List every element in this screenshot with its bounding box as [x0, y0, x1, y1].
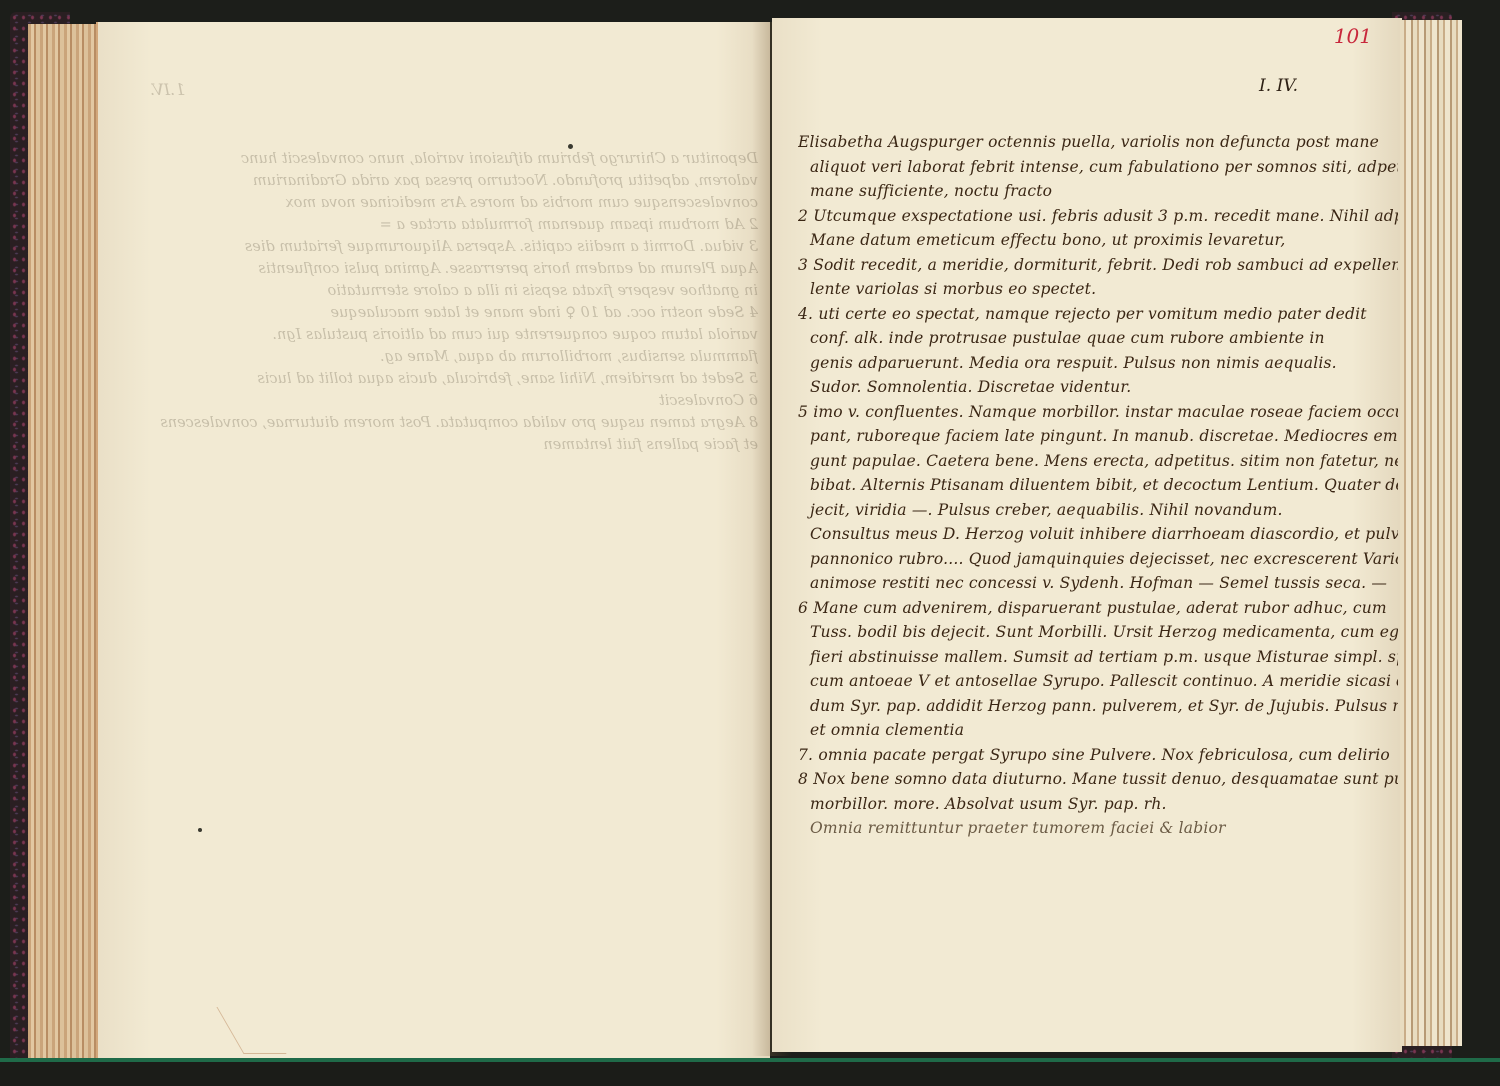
text-line: genis adparuerunt. Media ora respuit. Pu… — [798, 351, 1398, 376]
bleed-line: Aqua Plenum ad eandem horis pererrasse. … — [118, 258, 758, 280]
manuscript-text: Elisabetha Augspurger octennis puella, v… — [798, 130, 1398, 841]
text-line: Elisabetha Augspurger octennis puella, v… — [798, 130, 1398, 155]
text-line: dum Syr. pap. addidit Herzog pann. pulve… — [798, 694, 1398, 719]
text-line: Sudor. Somnolentia. Discretae videntur. — [798, 375, 1398, 400]
bleed-line: convalescensque cum morbis ad mores Ars … — [118, 192, 758, 214]
right-page: 101 I. IV. Elisabetha Augspurger octenni… — [772, 18, 1402, 1052]
text-line: 6 Mane cum advenirem, disparuerant pustu… — [798, 596, 1398, 621]
bleed-line: in gnathoe vespere fixata sepsis in illa… — [118, 280, 758, 302]
text-line: 5 imo v. confluentes. Namque morbillor. … — [798, 400, 1398, 425]
page-edges-right — [1400, 20, 1462, 1046]
bleed-line: 6 Convalescit — [118, 390, 758, 412]
shelfmark: I. IV. — [1259, 76, 1298, 96]
text-line: et omnia clementia — [798, 718, 1398, 743]
scan-background-strip — [0, 1058, 1500, 1086]
text-line: Tuss. bodil bis dejecit. Sunt Morbilli. … — [798, 620, 1398, 645]
text-line: 2 Utcumque exspectatione usi. febris adu… — [798, 204, 1398, 229]
bleed-line: et facie pallens fuit lentamen — [118, 434, 758, 456]
text-line: jecit, viridia —. Pulsus creber, aequabi… — [798, 498, 1398, 523]
text-line: Mane datum emeticum effectu bono, ut pro… — [798, 228, 1398, 253]
text-line: Consultus meus D. Herzog voluit inhibere… — [798, 522, 1398, 547]
text-line: mane sufficiente, noctu fracto — [798, 179, 1398, 204]
bleed-line: 3 vidua. Dormit a mediis capitis. Aspers… — [118, 236, 758, 258]
bleed-line: flammula sensibus, morbillorum ab aqua, … — [118, 346, 758, 368]
bleed-through-folio: 1.IV. — [150, 80, 185, 99]
left-page: 1.IV. Deponitur a Chirurgo febrium difus… — [96, 22, 770, 1060]
text-line: 8 Nox bene somno data diuturno. Mane tus… — [798, 767, 1398, 792]
bleed-line: 8 Aegra tamen usque pro valida computata… — [118, 412, 758, 434]
text-line: fieri abstinuisse mallem. Sumsit ad tert… — [798, 645, 1398, 670]
text-line: cum antoeae V et antosellae Syrupo. Pall… — [798, 669, 1398, 694]
text-line: 3 Sodit recedit, a meridie, dormiturit, … — [798, 253, 1398, 278]
text-line: lente variolas si morbus eo spectet. — [798, 277, 1398, 302]
text-line: Omnia remittuntur praeter tumorem faciei… — [798, 816, 1398, 841]
bleed-line: Deponitur a Chirurgo febrium difusioni v… — [118, 148, 758, 170]
bleed-line: 4 Sede nostri occ. ad 10 ♀ inde mane et … — [118, 302, 758, 324]
ink-spot — [568, 144, 573, 149]
text-line: 4. uti certe eo spectat, namque rejecto … — [798, 302, 1398, 327]
text-line: pant, ruboreque faciem late pingunt. In … — [798, 424, 1398, 449]
bleed-line: 5 Sedet ad meridiem, Nihil sane, febricu… — [118, 368, 758, 390]
text-line: morbillor. more. Absolvat usum Syr. pap.… — [798, 792, 1398, 817]
text-line: conf. alk. inde protrusae pustulae quae … — [798, 326, 1398, 351]
bleed-line: variola latum coque conquerente qui cum … — [118, 324, 758, 346]
bleed-through-text: Deponitur a Chirurgo febrium difusioni v… — [118, 148, 758, 456]
text-line: aliquot veri laborat febrit intense, cum… — [798, 155, 1398, 180]
folded-corner — [216, 1007, 286, 1054]
bleed-line: valorem, adpetitu profundo. Nocturno pre… — [118, 170, 758, 192]
text-line: 7. omnia pacate pergat Syrupo sine Pulve… — [798, 743, 1398, 768]
page-edges-left — [28, 24, 98, 1058]
text-line: pannonico rubro.... Quod jamquinquies de… — [798, 547, 1398, 572]
text-line: animose restiti nec concessi v. Sydenh. … — [798, 571, 1398, 596]
folio-number: 101 — [1334, 24, 1372, 48]
text-line: bibat. Alternis Ptisanam diluentem bibit… — [798, 473, 1398, 498]
text-line: gunt papulae. Caetera bene. Mens erecta,… — [798, 449, 1398, 474]
bleed-line: 2 Ad morbum ipsam quaenam formulata arct… — [118, 214, 758, 236]
ink-spot — [198, 828, 202, 832]
